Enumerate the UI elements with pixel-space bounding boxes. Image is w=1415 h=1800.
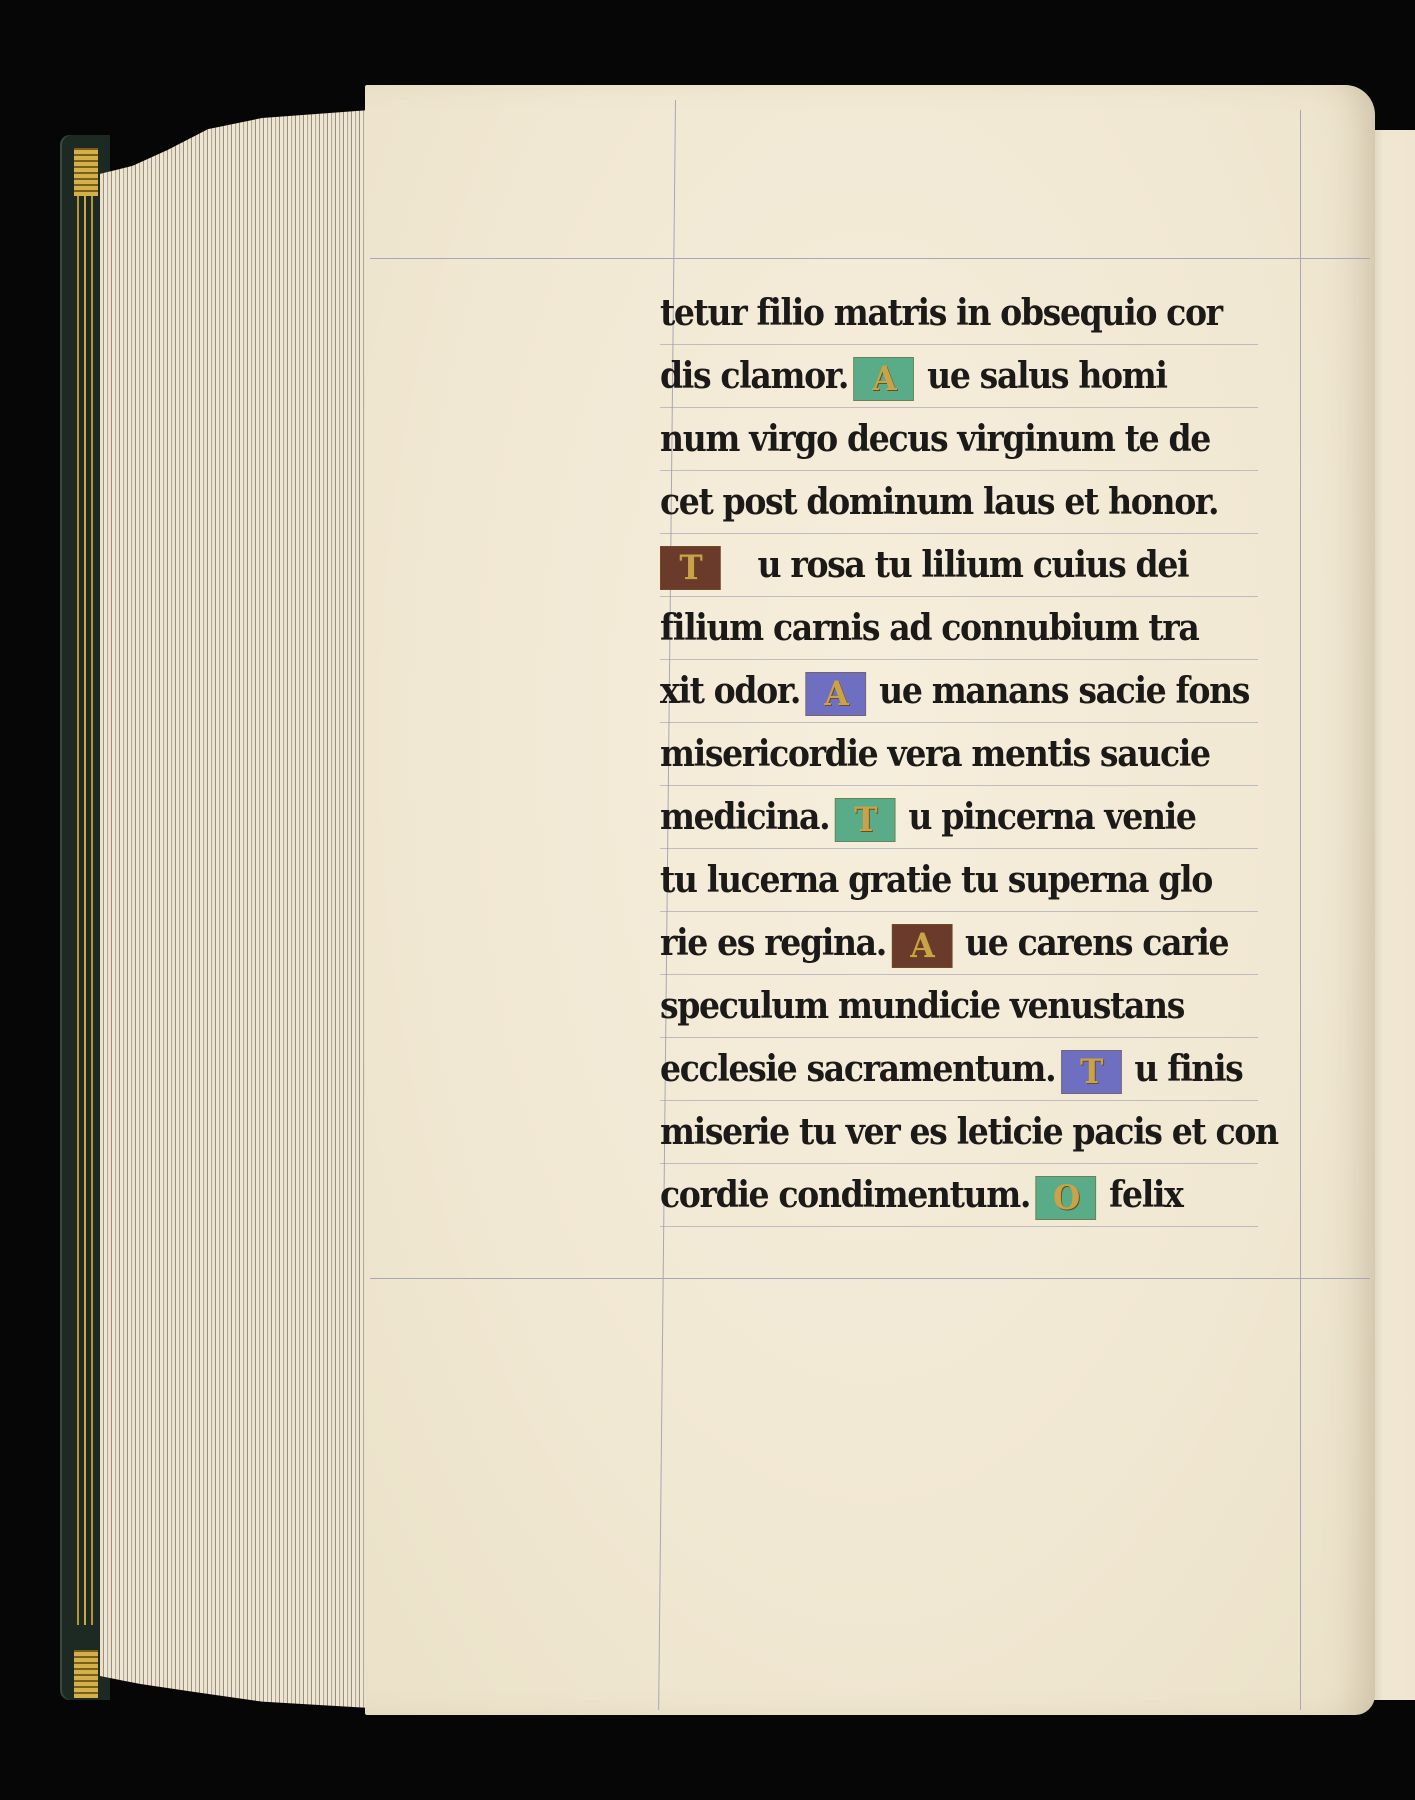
text-line: filium carnis ad connubium tra <box>660 597 1258 660</box>
illuminated-initial: T <box>1061 1050 1122 1094</box>
facing-page-edge <box>1370 130 1415 1700</box>
gilt-tooling <box>74 195 102 1625</box>
illuminated-initial: A <box>891 924 952 968</box>
ruling-bottom <box>370 1278 1370 1279</box>
text-span: dis clamor. <box>660 355 848 397</box>
ruling-top <box>370 258 1370 259</box>
text-span: ue salus homi <box>927 355 1166 397</box>
text-span: filium carnis ad connubium tra <box>660 607 1198 649</box>
text-span: misericordie vera mentis saucie <box>660 733 1210 775</box>
text-span: u finis <box>1134 1048 1242 1090</box>
text-line: tu lucerna gratie tu superna glo <box>660 849 1258 912</box>
text-span: cet post dominum laus et honor. <box>660 481 1218 523</box>
text-span: felix <box>1109 1174 1182 1216</box>
text-block: tetur filio matris in obsequio cor dis c… <box>660 282 1310 1227</box>
illuminated-initial: A <box>854 357 915 401</box>
fore-edge-page-stack <box>100 110 370 1708</box>
text-span: cordie condimentum. <box>660 1174 1030 1216</box>
illuminated-initial: T <box>835 798 896 842</box>
text-span: rie es regina. <box>660 922 886 964</box>
text-line: ecclesie sacramentum.Tu finis <box>660 1038 1258 1101</box>
illuminated-initial: O <box>1036 1176 1097 1220</box>
text-span: ecclesie sacramentum. <box>660 1048 1055 1090</box>
text-line: Tu rosa tu lilium cuius dei <box>660 534 1258 597</box>
text-line: miserie tu ver es leticie pacis et con <box>660 1101 1258 1164</box>
text-line: num virgo decus virginum te de <box>660 408 1258 471</box>
text-line: rie es regina.Aue carens carie <box>660 912 1258 975</box>
text-line: medicina.Tu pincerna venie <box>660 786 1258 849</box>
illuminated-initial: T <box>660 546 721 590</box>
text-span: u rosa tu lilium cuius dei <box>758 544 1189 586</box>
text-span: tetur filio matris in obsequio cor <box>660 292 1222 334</box>
text-span: medicina. <box>660 796 829 838</box>
gilt-ornament-bottom <box>74 1650 98 1698</box>
text-span: speculum mundicie venustans <box>660 985 1184 1027</box>
illuminated-initial: A <box>806 672 867 716</box>
text-span: miserie tu ver es leticie pacis et con <box>660 1111 1278 1153</box>
text-line: tetur filio matris in obsequio cor <box>660 282 1258 345</box>
text-line: dis clamor.Aue salus homi <box>660 345 1258 408</box>
text-span: ue manans sacie fons <box>879 670 1249 712</box>
text-line: speculum mundicie venustans <box>660 975 1258 1038</box>
text-line: misericordie vera mentis saucie <box>660 723 1258 786</box>
text-span: xit odor. <box>660 670 800 712</box>
text-span: u pincerna venie <box>908 796 1195 838</box>
text-line: cet post dominum laus et honor. <box>660 471 1258 534</box>
text-line: xit odor.Aue manans sacie fons <box>660 660 1258 723</box>
text-span: ue carens carie <box>965 922 1228 964</box>
text-span: num virgo decus virginum te de <box>660 418 1210 460</box>
gilt-ornament-top <box>74 148 98 196</box>
text-span: tu lucerna gratie tu superna glo <box>660 859 1212 901</box>
text-line: cordie condimentum.Ofelix <box>660 1164 1258 1227</box>
